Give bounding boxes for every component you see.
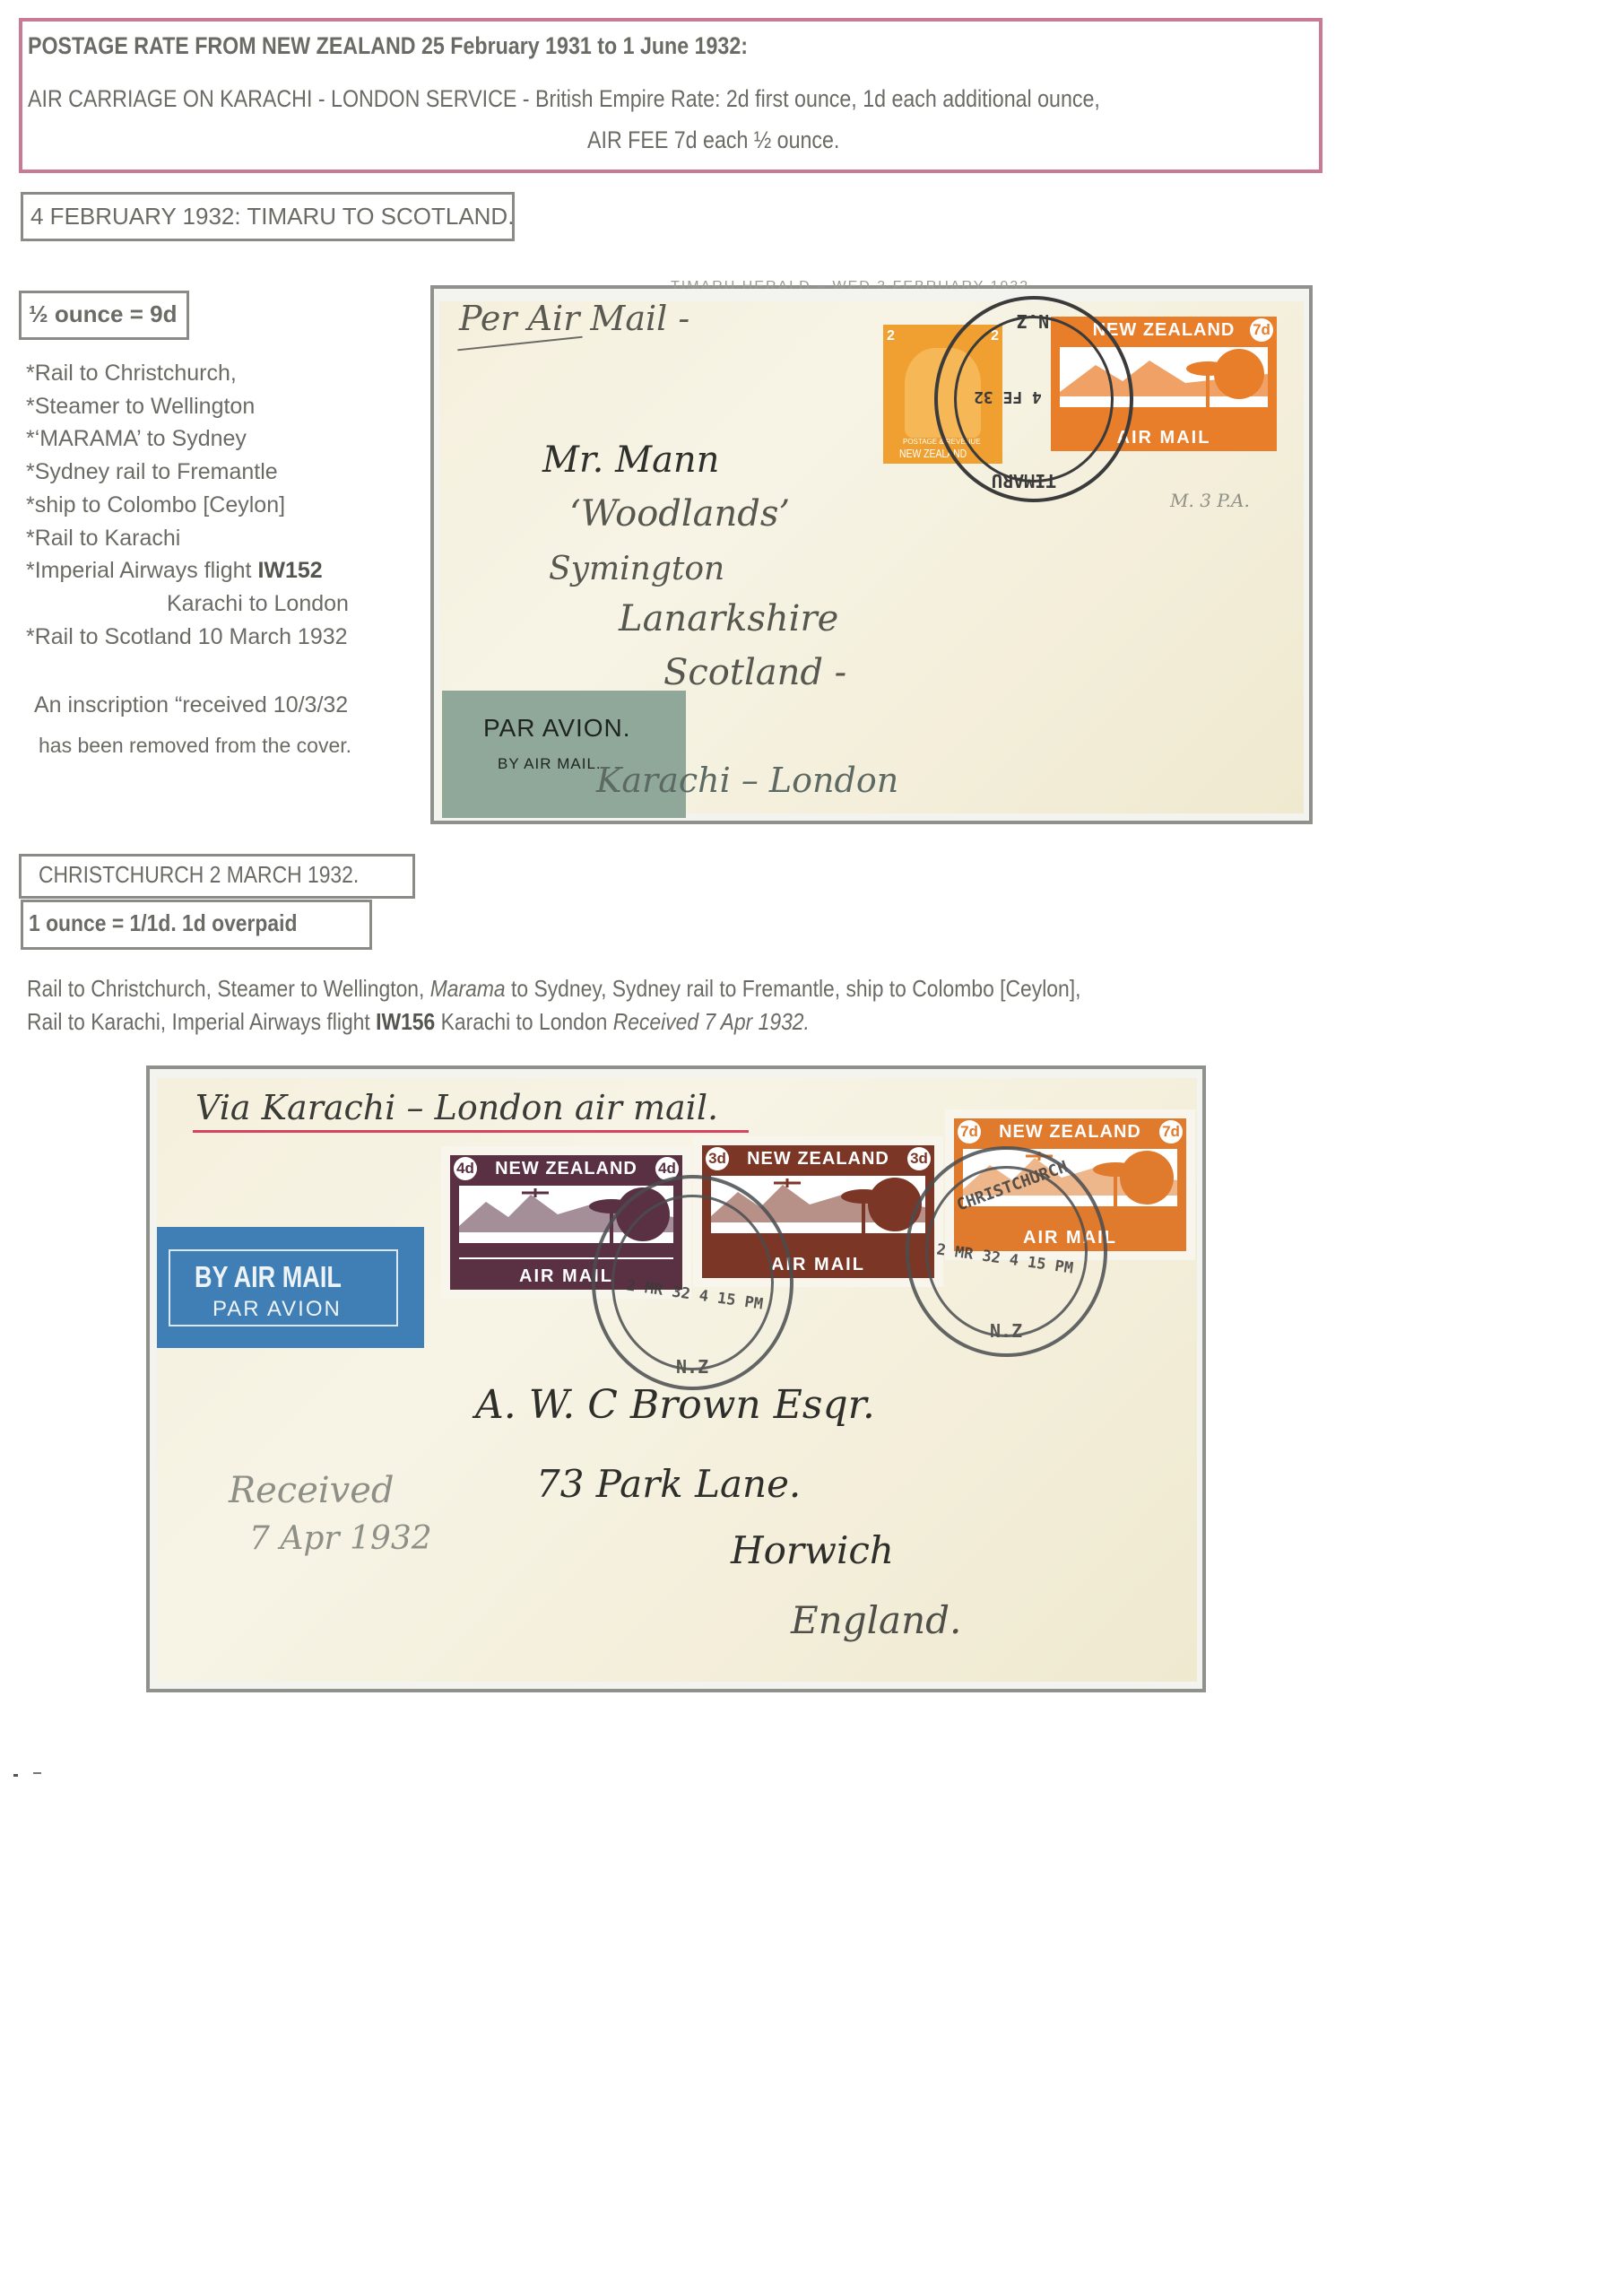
cover1-route-note: Karachi – London	[596, 761, 898, 800]
route-item-text: *ship to Colombo [Ceylon]	[26, 492, 285, 517]
stamp-value: 4d	[454, 1157, 477, 1180]
postmark-bottom: TIMARU	[992, 470, 1056, 491]
section2-paragraph-line1: Rail to Christchurch, Steamer to Welling…	[27, 975, 1080, 1002]
cover2-postmark-1: 2 MR 32 4 15 PM N.Z	[592, 1175, 793, 1390]
stamp-country: NEW ZEALAND	[450, 1155, 682, 1182]
route-item-text: *Sydney rail to Fremantle	[26, 459, 278, 484]
postmark-bottom: N.Z	[676, 1356, 708, 1378]
cover1-postmark: N.Z 4 FE 32 TIMARU	[934, 296, 1133, 502]
address-line: Lanarkshire	[619, 596, 838, 641]
stamp-value: 3d	[706, 1147, 729, 1170]
cover2-red-underline	[193, 1130, 749, 1133]
route-item: *Imperial Airways flight IW152	[26, 557, 323, 584]
cover1-newspaper-strip: TIMARU HERALD – WED 3 FEBRUARY 1932	[671, 280, 1029, 289]
stamp-value-left: 2	[887, 328, 895, 344]
rate-header-line2: AIR CARRIAGE ON KARACHI - LONDON SERVICE…	[28, 85, 1100, 112]
stamp-value: 3d	[907, 1147, 931, 1170]
section2-paragraph-line2: Rail to Karachi, Imperial Airways flight…	[27, 1008, 810, 1035]
label-line1: BY AIR MAIL	[195, 1260, 342, 1294]
cover2-postmark-2: CHRISTCHURCH 2 MR 32 4 15 PM N.Z	[906, 1146, 1107, 1357]
para1-b: to Sydney, Sydney rail to Fremantle, shi…	[506, 975, 1081, 1002]
stamp-value: 7d	[1159, 1120, 1183, 1144]
route-item: *Steamer to Wellington	[26, 393, 255, 420]
stamp-country: NEW ZEALAND	[954, 1118, 1186, 1145]
speck	[33, 1772, 41, 1774]
route-item: *Rail to Christchurch,	[26, 360, 237, 387]
route-item: *Sydney rail to Fremantle	[26, 458, 278, 485]
rate-header-title: POSTAGE RATE FROM NEW ZEALAND 25 Februar…	[28, 32, 748, 59]
route-item-text: *Rail to Karachi	[26, 526, 180, 551]
received-line: Received	[229, 1469, 395, 1512]
cover1-handwritten-airmail: Per Air Mail -	[459, 299, 689, 338]
label-line2: BY AIR MAIL.	[498, 755, 602, 773]
route-item-text: *Rail to Scotland 10 March 1932	[26, 624, 348, 649]
para1-italic: Marama	[430, 975, 506, 1002]
address-line: 73 Park Lane.	[536, 1460, 801, 1509]
postmark-date: 4 FE 32	[974, 387, 1042, 406]
route-item: *Rail to Scotland 10 March 1932	[26, 623, 348, 650]
postmark-top: N.Z	[1017, 310, 1049, 332]
label-line2: PAR AVION	[212, 1297, 342, 1322]
stamp-value: 7d	[958, 1120, 981, 1144]
route-item: Karachi to London	[167, 590, 349, 617]
airplane-icon	[522, 1188, 549, 1197]
route-item-text: *Imperial Airways flight	[26, 558, 257, 583]
address-line: Horwich	[731, 1526, 894, 1575]
address-line: Mr. Mann	[542, 438, 719, 483]
address-line: Symington	[549, 547, 724, 592]
address-line: Scotland -	[663, 650, 846, 695]
label-line1: PAR AVION.	[483, 714, 631, 743]
airplane-icon	[774, 1178, 801, 1187]
cover2-by-air-mail-label: BY AIR MAIL PAR AVION	[157, 1227, 424, 1348]
address-line: ‘Woodlands’	[569, 491, 790, 536]
rate-header-line3: AIR FEE 7d each ½ ounce.	[587, 126, 839, 153]
received-line: 7 Apr 1932	[249, 1518, 432, 1561]
stamp-country: NEW ZEALAND	[702, 1145, 934, 1172]
section2-rate: 1 ounce = 1/1d. 1d overpaid	[29, 909, 297, 936]
section1-rate: ½ ounce = 9d	[29, 300, 177, 327]
speck	[13, 1774, 18, 1777]
route-item-text: Karachi to London	[167, 591, 349, 616]
section1-title: 4 FEBRUARY 1932: TIMARU TO SCOTLAND.	[30, 203, 514, 230]
cover2-handwritten-route: Via Karachi – London air mail.	[195, 1088, 718, 1127]
para2-c: 7 Apr 1932.	[698, 1008, 810, 1035]
para2-a: Rail to Karachi, Imperial Airways flight	[27, 1008, 376, 1035]
route-item: *ship to Colombo [Ceylon]	[26, 491, 285, 518]
para1-a: Rail to Christchurch, Steamer to Welling…	[27, 975, 430, 1002]
route-item-text: *‘MARAMA’ to Sydney	[26, 426, 247, 451]
route-item-text: *Rail to Christchurch,	[26, 361, 237, 386]
stamp-value: 7d	[1250, 318, 1273, 342]
address-line: A. W. C Brown Esqr.	[475, 1381, 875, 1430]
flight-number: IW152	[257, 558, 322, 583]
route-item-text: *Steamer to Wellington	[26, 394, 255, 419]
route-item: *‘MARAMA’ to Sydney	[26, 425, 247, 452]
para2-bold: IW156	[376, 1008, 435, 1035]
route-item: *Rail to Karachi	[26, 525, 180, 552]
postmark-bottom: N.Z	[990, 1320, 1022, 1342]
para2-b: Karachi to London	[435, 1008, 612, 1035]
section2-title: CHRISTCHURCH 2 MARCH 1932.	[39, 861, 359, 888]
address-line: England.	[791, 1596, 961, 1645]
section1-note-line1: An inscription “received 10/3/32	[34, 691, 348, 718]
cover1-pencil-note: M. 3 P.A.	[1170, 487, 1250, 514]
para2-italic: Received	[613, 1008, 698, 1035]
section1-note-line2: has been removed from the cover.	[39, 732, 351, 759]
